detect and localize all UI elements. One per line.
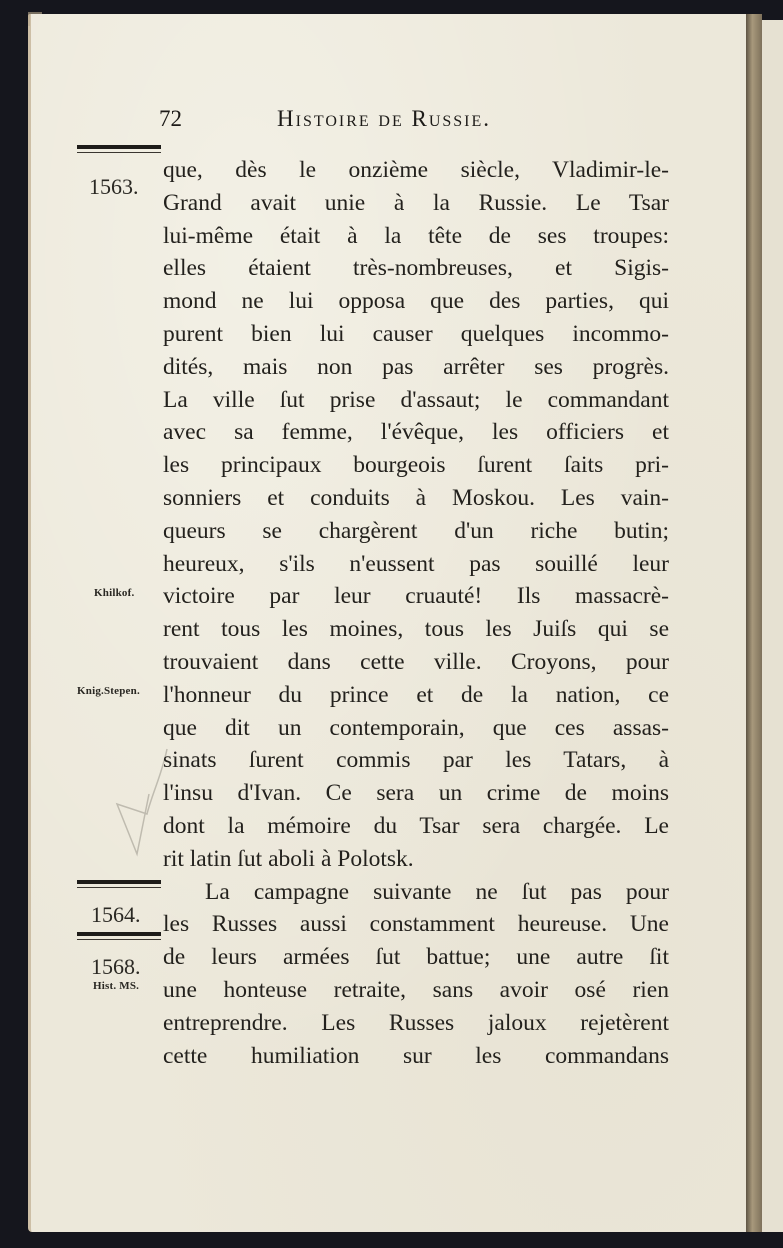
section-rule (77, 932, 161, 940)
text-line: l'honneur du prince et de la nation, ce (163, 679, 669, 712)
margin-citation: Knig.Stepen. (77, 685, 140, 697)
page-number: 72 (159, 106, 182, 132)
text-line: rit latin ſut aboli à Polotsk. (163, 843, 669, 876)
text-line: les principaux bourgeois ſurent ſaits pr… (163, 449, 669, 482)
text-line: mond ne lui opposa que des parties, qui (163, 285, 669, 318)
text-line: elles étaient très-nombreuses, et Sigis- (163, 252, 669, 285)
book-gutter (746, 14, 762, 1232)
body-text: que, dès le onzième siècle, Vladimir-le-… (163, 154, 669, 1072)
text-line: purent bien lui causer quelques incommo- (163, 318, 669, 351)
text-line: rent tous les moines, tous les Juiſs qui… (163, 613, 669, 646)
text-line: La ville ſut prise d'assaut; le commanda… (163, 384, 669, 417)
section-rule (77, 145, 161, 153)
text-line: trouvaient dans cette ville. Croyons, po… (163, 646, 669, 679)
margin-citation: Hist. MS. (93, 980, 139, 992)
text-line: dités, mais non pas arrêter ses progrès. (163, 351, 669, 384)
scanned-book-spread: 72 Histoire de Russie. 1563. Khilkof. Kn… (0, 0, 783, 1248)
text-line: cette humiliation sur les commandans (163, 1040, 669, 1073)
text-line: l'insu d'Ivan. Ce sera un crime de moins (163, 777, 669, 810)
facing-page-edge (762, 20, 783, 1232)
text-line: lui-même était à la tête de ses troupes: (163, 220, 669, 253)
margin-year: 1564. (91, 902, 141, 928)
text-line: La campagne suivante ne ſut pas pour (163, 876, 669, 909)
text-line: heureux, s'ils n'eussent pas souillé leu… (163, 548, 669, 581)
margin-year: 1568. (91, 954, 141, 980)
page-corner-fold (28, 12, 42, 26)
text-line: que, dès le onzième siècle, Vladimir-le- (163, 154, 669, 187)
text-line: queurs se chargèrent d'un riche butin; (163, 515, 669, 548)
text-line: entreprendre. Les Russes jaloux rejetère… (163, 1007, 669, 1040)
text-line: dont la mémoire du Tsar sera chargée. Le (163, 810, 669, 843)
margin-year: 1563. (89, 174, 139, 200)
text-line: sinats ſurent commis par les Tatars, à (163, 744, 669, 777)
text-line: de leurs armées ſut battue; une autre ſi… (163, 941, 669, 974)
margin-notes: 1563. Khilkof. Knig.Stepen. 1564. 1568. … (31, 14, 161, 1232)
text-line: Grand avait unie à la Russie. Le Tsar (163, 187, 669, 220)
text-line: les Russes aussi constamment heureuse. U… (163, 908, 669, 941)
text-line: sonniers et conduits à Moskou. Les vain- (163, 482, 669, 515)
section-rule (77, 880, 161, 888)
running-title: Histoire de Russie. (277, 106, 491, 132)
text-line: que dit un contemporain, que ces assas- (163, 712, 669, 745)
book-page: 72 Histoire de Russie. 1563. Khilkof. Kn… (28, 14, 748, 1232)
text-line: avec sa femme, l'évêque, les officiers e… (163, 416, 669, 449)
text-line: victoire par leur cruauté! Ils massacrè- (163, 580, 669, 613)
margin-citation: Khilkof. (94, 587, 134, 599)
text-line: une honteuse retraite, sans avoir osé ri… (163, 974, 669, 1007)
